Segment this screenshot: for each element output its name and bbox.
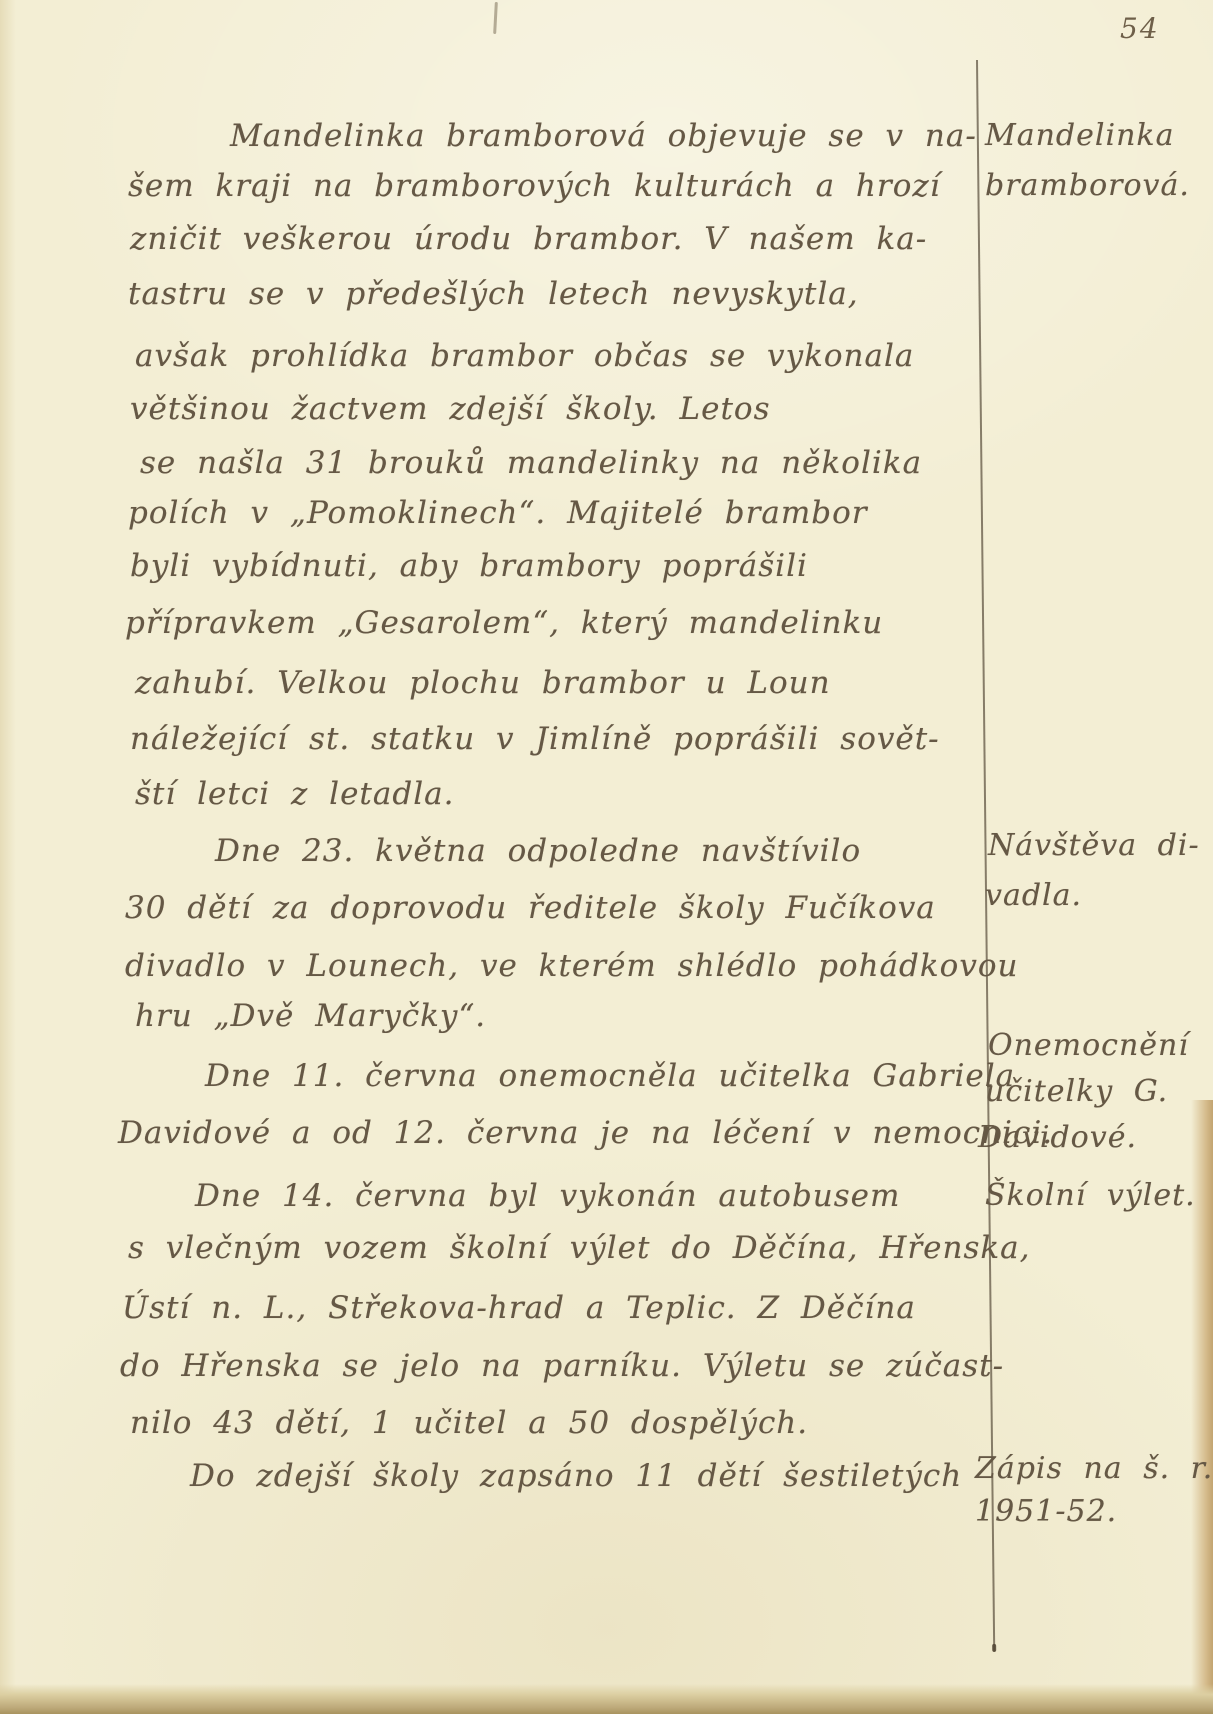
margin-note-line: 1951-52. [975, 1492, 1117, 1532]
text-line: zničit veškerou úrodu brambor. V našem k… [130, 219, 927, 259]
text-line: divadlo v Lounech, ve kterém shlédlo poh… [125, 946, 1018, 986]
text-line: nilo 43 dětí, 1 učitel a 50 dospělých. [130, 1403, 808, 1443]
text-line: polích v „Pomoklinech“. Majitelé brambor [128, 493, 868, 533]
margin-note-line: vadla. [985, 876, 1082, 916]
margin-note-line: Návštěva di- [988, 826, 1200, 866]
margin-note-line: Školní výlet. [985, 1176, 1196, 1216]
text-line: do Hřenska se jelo na parníku. Výletu se… [120, 1346, 1004, 1386]
manuscript-page: 54 Mandelinka bramborová objevuje se v n… [0, 0, 1213, 1714]
text-line: hru „Dvě Maryčky“. [135, 996, 486, 1036]
text-line: většinou žactvem zdejší školy. Letos [130, 389, 770, 429]
margin-note-line: Mandelinka [985, 116, 1174, 156]
text-line: šem kraji na bramborových kulturách a hr… [128, 166, 941, 206]
text-line: byli vybídnuti, aby brambory poprášili [130, 546, 808, 586]
text-line: Davidové a od 12. června je na léčení v … [118, 1113, 1053, 1153]
margin-note-line: Zápis na š. r. [975, 1449, 1213, 1489]
pen-mark [493, 2, 498, 34]
text-line: 30 dětí za doprovodu ředitele školy Fučí… [125, 888, 936, 928]
text-line: s vlečným vozem školní výlet do Děčína, … [128, 1228, 1031, 1268]
text-line: avšak prohlídka brambor občas se vykonal… [135, 336, 914, 376]
text-line: zahubí. Velkou plochu brambor u Loun [135, 663, 831, 703]
text-line: Dne 14. června byl vykonán autobusem [195, 1176, 900, 1216]
margin-note-line: Davidové. [978, 1118, 1137, 1158]
text-line: Dne 11. června onemocněla učitelka Gabri… [205, 1056, 1015, 1096]
margin-note-line: Onemocnění [988, 1026, 1189, 1066]
text-line: Dne 23. května odpoledne navštívilo [215, 831, 861, 871]
text-line: přípravkem „Gesarolem“, který mandelinku [125, 603, 883, 643]
page-bottom-edge [0, 1684, 1213, 1714]
text-line: ští letci z letadla. [135, 774, 454, 814]
margin-note-line: bramborová. [985, 166, 1190, 206]
text-line: Mandelinka bramborová objevuje se v na- [230, 116, 977, 156]
margin-note-line: učitelky G. [985, 1072, 1168, 1112]
page-number: 54 [1120, 12, 1160, 45]
text-line: Do zdejší školy zapsáno 11 dětí šestilet… [190, 1456, 962, 1496]
text-line: Ústí n. L., Střekova-hrad a Teplic. Z Dě… [122, 1288, 916, 1328]
text-line: se našla 31 brouků mandelinky na několik… [140, 443, 922, 483]
text-line: náležející st. statku v Jimlíně poprášil… [130, 719, 940, 759]
page-left-edge [0, 0, 16, 1714]
text-line: tastru se v předešlých letech nevyskytla… [128, 274, 859, 314]
